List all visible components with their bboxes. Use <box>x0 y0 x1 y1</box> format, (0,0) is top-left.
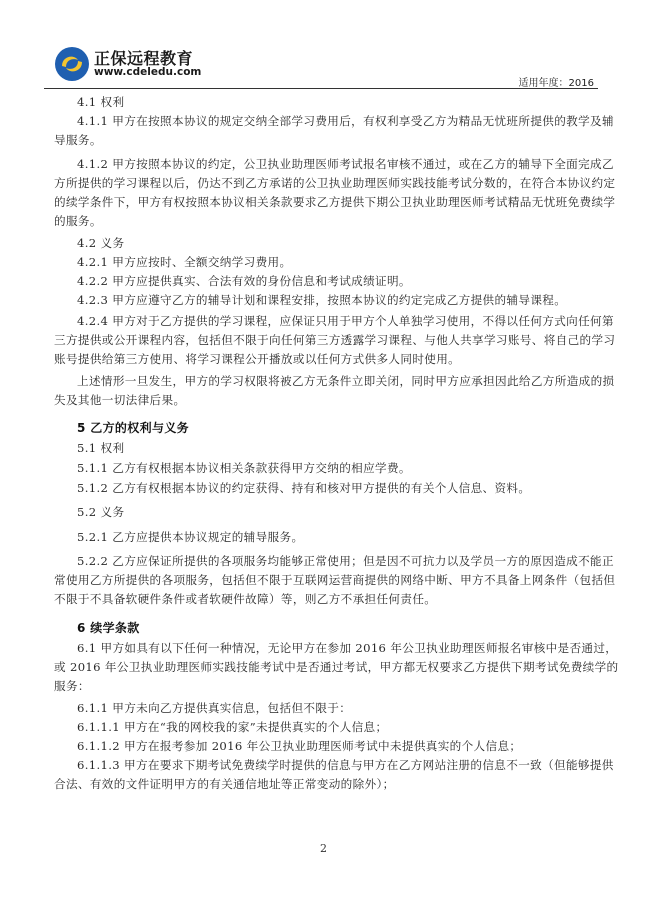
paragraph-line: 6.1.1 甲方未向乙方提供真实信息，包括但不限于： <box>77 701 599 715</box>
paragraph-line: 5.1 权利 <box>77 441 599 455</box>
paragraph-line: 4.2.1 甲方应按时、全额交纳学习费用。 <box>77 255 599 269</box>
paragraph-line: 6.1.1.2 甲方在报考参加 2016 年公卫执业助理医师考试中未提供真实的个… <box>77 739 599 753</box>
cdeledu-logo-icon <box>54 46 90 82</box>
paragraph-line: 4.2.4 甲方对于乙方提供的学习课程，应保证只用于甲方个人单独学习使用，不得以… <box>77 314 599 328</box>
applicable-year: 适用年度：2016 <box>519 74 594 89</box>
paragraph-line: 失及其他一切法律后果。 <box>54 393 599 407</box>
paragraph-line: 合法、有效的文件证明甲方的有关通信地址等正常变动的除外）； <box>54 777 599 791</box>
paragraph-line: 4.1.1 甲方在按照本协议的规定交纳全部学习费用后，有权利享受乙方为精品无忧班… <box>77 114 599 128</box>
paragraph-line: 4.2.2 甲方应提供真实、合法有效的身份信息和考试成绩证明。 <box>77 274 599 288</box>
paragraph-line: 6.1.1.1 甲方在“我的网校我的家”未提供真实的个人信息； <box>77 720 599 734</box>
paragraph-line: 4.2 义务 <box>77 236 599 250</box>
paragraph-line: 5.2.1 乙方应提供本协议规定的辅导服务。 <box>77 530 599 544</box>
section-heading: 6 续学条款 <box>77 621 599 635</box>
page-number: 2 <box>320 842 327 855</box>
paragraph-line: 4.2.3 甲方应遵守乙方的辅导计划和课程安排，按照本协议的约定完成乙方提供的辅… <box>77 293 599 307</box>
paragraph-line: 的服务。 <box>54 214 599 228</box>
paragraph-line: 5.2 义务 <box>77 505 599 519</box>
paragraph-line: 上述情形一旦发生，甲方的学习权限将被乙方无条件立即关闭，同时甲方应承担因此给乙方… <box>77 374 599 388</box>
paragraph-line: 方所提供的学习课程以后，仍达不到乙方承诺的公卫执业助理医师实践技能考试分数的，在… <box>54 176 599 190</box>
paragraph-line: 或 2016 年公卫执业助理医师实践技能考试中是否通过考试，甲方都无权要求乙方提… <box>54 660 599 674</box>
paragraph-line: 5.1.1 乙方有权根据本协议相关条款获得甲方交纳的相应学费。 <box>77 461 599 475</box>
paragraph-line: 不限于不具备软硬件条件或者软硬件故障）等，则乙方不承担任何责任。 <box>54 592 599 606</box>
paragraph-line: 6.1.1.3 甲方在要求下期考试免费续学时提供的信息与甲方在乙方网站注册的信息… <box>77 758 599 772</box>
paragraph-line: 6.1 甲方如具有以下任何一种情况，无论甲方在参加 2016 年公卫执业助理医师… <box>77 641 599 655</box>
paragraph-line: 5.1.2 乙方有权根据本协议的约定获得、持有和核对甲方提供的有关个人信息、资料… <box>77 481 599 495</box>
paragraph-line: 4.1.2 甲方按照本协议的约定，公卫执业助理医师考试报名审核不通过，或在乙方的… <box>77 157 599 171</box>
paragraph-line: 4.1 权利 <box>77 95 599 109</box>
paragraph-line: 的续学条件下，甲方有权按照本协议相关条款要求乙方提供下期公卫执业助理医师考试精品… <box>54 195 599 209</box>
paragraph-line: 服务： <box>54 679 599 693</box>
paragraph-line: 三方提供或公开课程内容，包括但不限于向任何第三方透露学习课程、与他人共享学习账号… <box>54 333 599 347</box>
paragraph-line: 账号提供给第三方使用、将学习课程公开播放或以任何方式供多人同时使用。 <box>54 352 599 366</box>
header-rule <box>44 88 598 89</box>
section-heading: 5 乙方的权利与义务 <box>77 421 599 435</box>
paragraph-line: 导服务。 <box>54 133 599 147</box>
brand-url: www.cdeledu.com <box>94 66 201 78</box>
paragraph-line: 常使用乙方所提供的各项服务，包括但不限于互联网运营商提供的网络中断、甲方不具备上… <box>54 573 599 587</box>
paragraph-line: 5.2.2 乙方应保证所提供的各项服务均能够正常使用；但是因不可抗力以及学员一方… <box>77 554 599 568</box>
